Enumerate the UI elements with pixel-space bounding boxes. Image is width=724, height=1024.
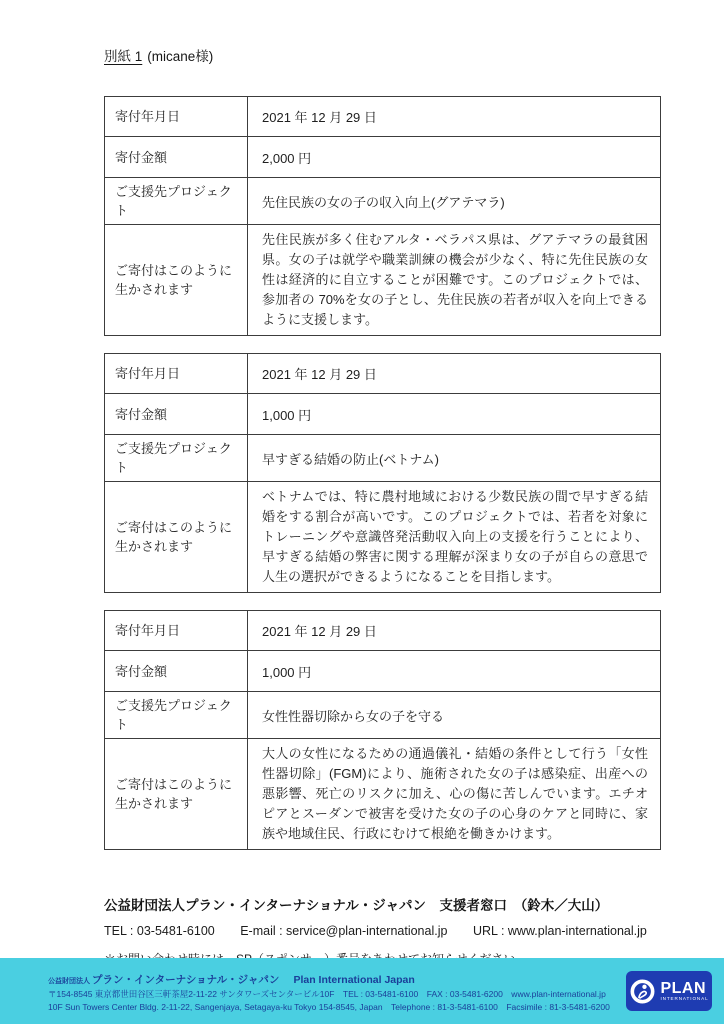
table-row-usage: ご寄付はこのように生かされます ベトナムでは、特に農村地域における少数民族の間で… [105, 482, 661, 593]
label-project: ご支援先プロジェクト [105, 692, 248, 739]
table-row-project: ご支援先プロジェクト 先住民族の女の子の収入向上(グアテマラ) [105, 178, 661, 225]
page-title: 別紙 1(micane様) [104, 48, 724, 66]
value-usage: 先住民族が多く住むアルタ・ベラパス県は、グアテマラの最貧困県。女の子は就学や職業… [248, 225, 661, 336]
footer-org-en: Plan International Japan [293, 974, 414, 986]
footer-address-block: 公益財団法人プラン・インターナショナル・ジャパンPlan Internation… [48, 974, 610, 1013]
label-project: ご支援先プロジェクト [105, 178, 248, 225]
plan-logo-subtext: INTERNATIONAL [660, 997, 708, 1002]
value-donation-amount: 1,000 円 [248, 651, 661, 692]
contact-tel: TEL : 03-5481-6100 [104, 924, 215, 938]
donation-table-3: 寄付年月日 2021 年 12 月 29 日 寄付金額 1,000 円 ご支援先… [104, 610, 661, 850]
label-donation-date: 寄付年月日 [105, 354, 248, 394]
donation-table-1: 寄付年月日 2021 年 12 月 29 日 寄付金額 2,000 円 ご支援先… [104, 96, 661, 336]
value-donation-amount: 1,000 円 [248, 394, 661, 435]
value-donation-date: 2021 年 12 月 29 日 [248, 97, 661, 137]
label-usage: ご寄付はこのように生かされます [105, 225, 248, 336]
label-donation-amount: 寄付金額 [105, 651, 248, 692]
label-project: ご支援先プロジェクト [105, 435, 248, 482]
footer-address-en: 10F Sun Towers Center Bldg. 2-11-22, San… [48, 1002, 610, 1014]
table-row-usage: ご寄付はこのように生かされます 大人の女性になるための通過儀礼・結婚の条件として… [105, 739, 661, 850]
table-row-usage: ご寄付はこのように生かされます 先住民族が多く住むアルタ・ベラパス県は、グアテマ… [105, 225, 661, 336]
value-project: 先住民族の女の子の収入向上(グアテマラ) [248, 178, 661, 225]
attachment-label: 別紙 1 [104, 49, 142, 64]
footer-org-prefix: 公益財団法人 [48, 978, 90, 985]
label-donation-date: 寄付年月日 [105, 97, 248, 137]
donation-table-2: 寄付年月日 2021 年 12 月 29 日 寄付金額 1,000 円 ご支援先… [104, 353, 661, 593]
contact-details: TEL : 03-5481-6100 E-mail : service@plan… [104, 922, 724, 941]
label-usage: ご寄付はこのように生かされます [105, 482, 248, 593]
plan-logo-text: PLAN INTERNATIONAL [660, 981, 708, 1002]
value-project: 女性性器切除から女の子を守る [248, 692, 661, 739]
footer-org-line: 公益財団法人プラン・インターナショナル・ジャパンPlan Internation… [48, 974, 610, 988]
value-project: 早すぎる結婚の防止(ベトナム) [248, 435, 661, 482]
value-usage: ベトナムでは、特に農村地域における少数民族の間で早すぎる結婚をする割合が高いです… [248, 482, 661, 593]
table-row-amount: 寄付金額 1,000 円 [105, 394, 661, 435]
recipient-name: (micane様) [147, 49, 213, 64]
label-usage: ご寄付はこのように生かされます [105, 739, 248, 850]
table-row-project: ご支援先プロジェクト 早すぎる結婚の防止(ベトナム) [105, 435, 661, 482]
value-usage: 大人の女性になるための通過儀礼・結婚の条件として行う「女性性器切除」(FGM)に… [248, 739, 661, 850]
table-row-date: 寄付年月日 2021 年 12 月 29 日 [105, 354, 661, 394]
table-row-date: 寄付年月日 2021 年 12 月 29 日 [105, 97, 661, 137]
plan-international-logo: PLAN INTERNATIONAL [626, 971, 712, 1011]
plan-logo-wordmark: PLAN [660, 981, 706, 996]
label-donation-amount: 寄付金額 [105, 394, 248, 435]
plan-logo-child-icon [629, 978, 656, 1005]
contact-email[interactable]: E-mail : service@plan-international.jp [240, 924, 447, 938]
footer-bar: 公益財団法人プラン・インターナショナル・ジャパンPlan Internation… [0, 958, 724, 1024]
label-donation-amount: 寄付金額 [105, 137, 248, 178]
contact-url[interactable]: URL : www.plan-international.jp [473, 924, 647, 938]
value-donation-date: 2021 年 12 月 29 日 [248, 354, 661, 394]
contact-organization: 公益財団法人プラン・インターナショナル・ジャパン 支援者窓口 （鈴木／大山） [104, 896, 724, 916]
footer-org-ja: プラン・インターナショナル・ジャパン [92, 974, 279, 986]
value-donation-amount: 2,000 円 [248, 137, 661, 178]
value-donation-date: 2021 年 12 月 29 日 [248, 611, 661, 651]
table-row-amount: 寄付金額 2,000 円 [105, 137, 661, 178]
table-row-amount: 寄付金額 1,000 円 [105, 651, 661, 692]
document-page: 別紙 1(micane様) 寄付年月日 2021 年 12 月 29 日 寄付金… [0, 0, 724, 1024]
footer-address-ja: 〒154-8545 東京都世田谷区三軒茶屋2-11-22 サンタワーズセンタービ… [48, 989, 610, 1001]
table-row-date: 寄付年月日 2021 年 12 月 29 日 [105, 611, 661, 651]
table-row-project: ご支援先プロジェクト 女性性器切除から女の子を守る [105, 692, 661, 739]
label-donation-date: 寄付年月日 [105, 611, 248, 651]
